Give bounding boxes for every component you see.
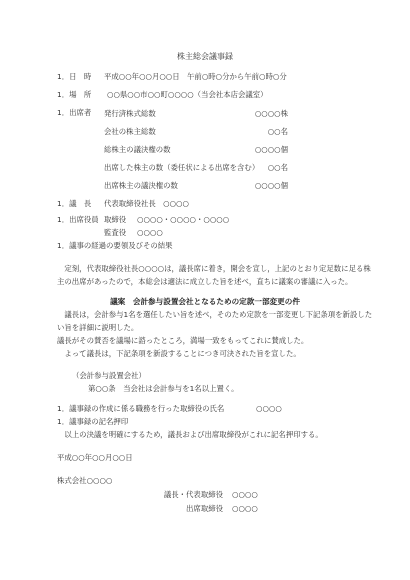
signer-role: 議長・代表取締役 [120, 491, 223, 498]
directors-label: 取締役 [104, 216, 126, 223]
agenda-heading: 議案 会計参与設置会社となるための定款一部変更の件 [0, 298, 410, 306]
chair-value: 代表取締役社長 ○○○○ [104, 200, 189, 207]
opening-paragraph-line: 定刻，代表取締役社長○○○○は，議長席に着き，開会を宣し，上記のとおり定足数に足… [57, 265, 371, 272]
agenda-paragraph-line: 議長は，会計参与1名を選任したい旨を述べ，そのため定款を一部変更し下記条項を新設… [57, 311, 372, 318]
agenda-paragraph-line: よって議長は，下記条項を新設することにつき可決された旨を宣した。 [57, 350, 301, 357]
attendee-row-value: ○○○○株 [230, 110, 288, 117]
agenda-paragraph-line: 議長がその賛否を議場に諮ったところ，満場一致をもってこれに賛成した。 [57, 337, 308, 344]
signature-section-text: 以上の決議を明確にするため，議長および出席取締役がこれに記名押印する。 [57, 431, 323, 438]
attendee-row-value: ○○名 [230, 164, 288, 171]
signer-name: ○○○○ [232, 491, 258, 498]
date-label: 1．日 時 [57, 73, 91, 80]
signer-name: ○○○○ [232, 505, 258, 512]
signature-section-label: 1．議事録の記名押印 [57, 418, 128, 425]
attendee-row-value: ○○○○個 [230, 146, 288, 153]
agenda-paragraph-line: い旨を詳細に説明した。 [57, 324, 138, 331]
proceedings-label: 1．議事の経過の要領及びその結果 [57, 242, 173, 249]
document-date: 平成○○年○○月○○日 [57, 454, 133, 461]
article-heading: （会計参与設置会社） [72, 372, 146, 379]
auditor-value: ○○○○ [137, 229, 163, 236]
attendee-row-label: 発行済株式総数 [104, 110, 156, 117]
opening-paragraph-line: 主の出席があったので，本総会は適法に成立した旨を述べ，直ちに議案の審議に入った。 [57, 278, 352, 285]
auditor-label: 監査役 [104, 229, 126, 236]
officers-label: 1．出席役員 [57, 216, 99, 223]
place-value: ○○県○○市○○町○○○○（当会社本店会議室） [107, 91, 268, 98]
signer-role: 出席取締役 [120, 505, 223, 512]
attendee-row-label: 出席株主の議決権の数 [104, 182, 178, 189]
minutes-author-value: ○○○○ [256, 405, 282, 412]
place-label: 1．場 所 [57, 91, 91, 98]
article-text: 第○○条 当会社は会計参与を1名以上置く。 [88, 385, 239, 392]
minutes-author-label: 1．議事録の作成に係る職務を行った取締役の氏名 [57, 405, 224, 412]
directors-value: ○○○○・○○○○・○○○○ [137, 216, 229, 223]
chair-label: 1．議 長 [57, 200, 91, 207]
attendee-row-label: 総株主の議決権の数 [104, 146, 171, 153]
attendees-label: 1．出席者 [57, 109, 91, 116]
date-value: 平成○○年○○月○○日 午前○時○分から午前○時○分 [104, 73, 287, 80]
attendee-row-value: ○○○○個 [230, 182, 288, 189]
document-title: 株主総会議事録 [0, 53, 410, 61]
company-name: 株式会社○○○○ [57, 477, 112, 484]
attendee-row-value: ○○名 [230, 128, 288, 135]
attendee-row-label: 会社の株主総数 [104, 128, 156, 135]
